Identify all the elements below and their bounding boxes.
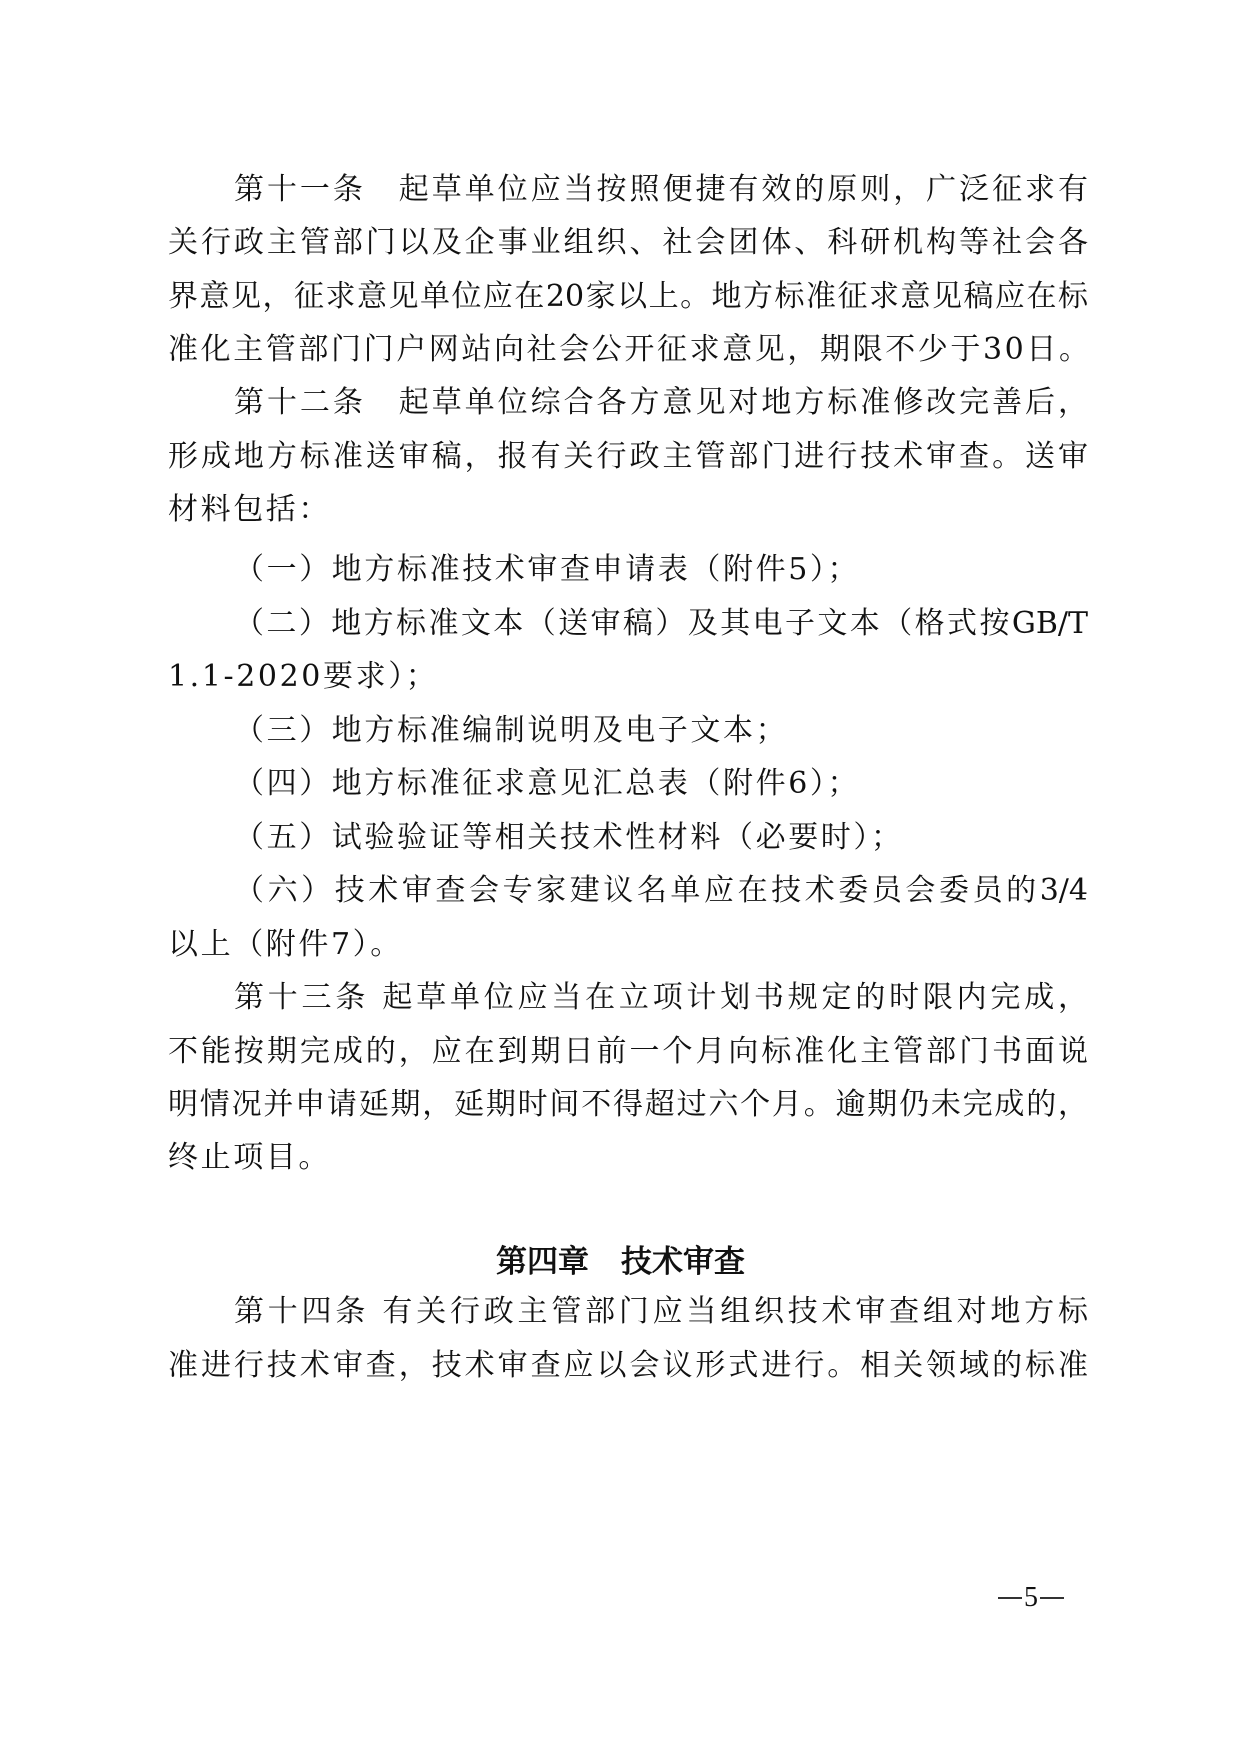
article-11-line-4: 准化主管部门门户网站向社会公开征求意见，期限不少于30日。 <box>168 330 1092 370</box>
article-11-line-1: 第十一条 起草单位应当按照便捷有效的原则，广泛征求有 <box>234 170 1088 210</box>
article-12-item-3: （三）地方标准编制说明及电子文本； <box>234 711 788 751</box>
chapter-title: 技术审查 <box>621 1244 745 1280</box>
article-14-line-1: 第十四条 有关行政主管部门应当组织技术审查组对地方标 <box>234 1292 1088 1332</box>
article-12-item-2-line-2: 1.1-2020要求）； <box>168 657 438 697</box>
article-12-item-6-line-2: 以上（附件7）。 <box>168 925 403 965</box>
article-12-item-2-line-1: （二）地方标准文本（送审稿）及其电子文本（格式按GB/T <box>234 604 1088 644</box>
article-13-line-4: 终止项目。 <box>168 1138 331 1178</box>
page-number: 5 <box>996 1580 1066 1616</box>
article-12-item-1: （一）地方标准技术审查申请表（附件5）； <box>234 550 860 590</box>
page-number-dash-left <box>998 1597 1022 1599</box>
chapter-number: 第四章 <box>496 1244 589 1280</box>
article-12-item-4: （四）地方标准征求意见汇总表（附件6）； <box>234 764 860 804</box>
article-12-item-6-line-1: （六）技术审查会专家建议名单应在技术委员会委员的3/4 <box>234 871 1088 911</box>
article-13-line-2: 不能按期完成的，应在到期日前一个月向标准化主管部门书面说 <box>168 1032 1088 1072</box>
article-12-line-2: 形成地方标准送审稿，报有关行政主管部门进行技术审查。送审 <box>168 437 1088 477</box>
article-12-item-5: （五）试验验证等相关技术性材料（必要时）； <box>234 818 904 858</box>
page-number-dash-right <box>1040 1597 1064 1599</box>
article-14-line-2: 准进行技术审查，技术审查应以会议形式进行。相关领域的标准 <box>168 1346 1088 1386</box>
page-number-value: 5 <box>1024 1580 1038 1616</box>
article-11-line-2: 关行政主管部门以及企事业组织、社会团体、科研机构等社会各 <box>168 223 1088 263</box>
chapter-heading: 第四章技术审查 <box>0 1240 1241 1284</box>
article-12-line-3: 材料包括： <box>168 490 331 530</box>
article-13-line-1: 第十三条 起草单位应当在立项计划书规定的时限内完成， <box>234 978 1088 1018</box>
article-13-line-3: 明情况并申请延期，延期时间不得超过六个月。逾期仍未完成的， <box>168 1085 1088 1125</box>
article-11-line-3: 界意见，征求意见单位应在20家以上。地方标准征求意见稿应在标 <box>168 277 1088 317</box>
article-12-line-1: 第十二条 起草单位综合各方意见对地方标准修改完善后， <box>234 383 1088 423</box>
document-page: 第十一条 起草单位应当按照便捷有效的原则，广泛征求有 关行政主管部门以及企事业组… <box>0 0 1241 1755</box>
